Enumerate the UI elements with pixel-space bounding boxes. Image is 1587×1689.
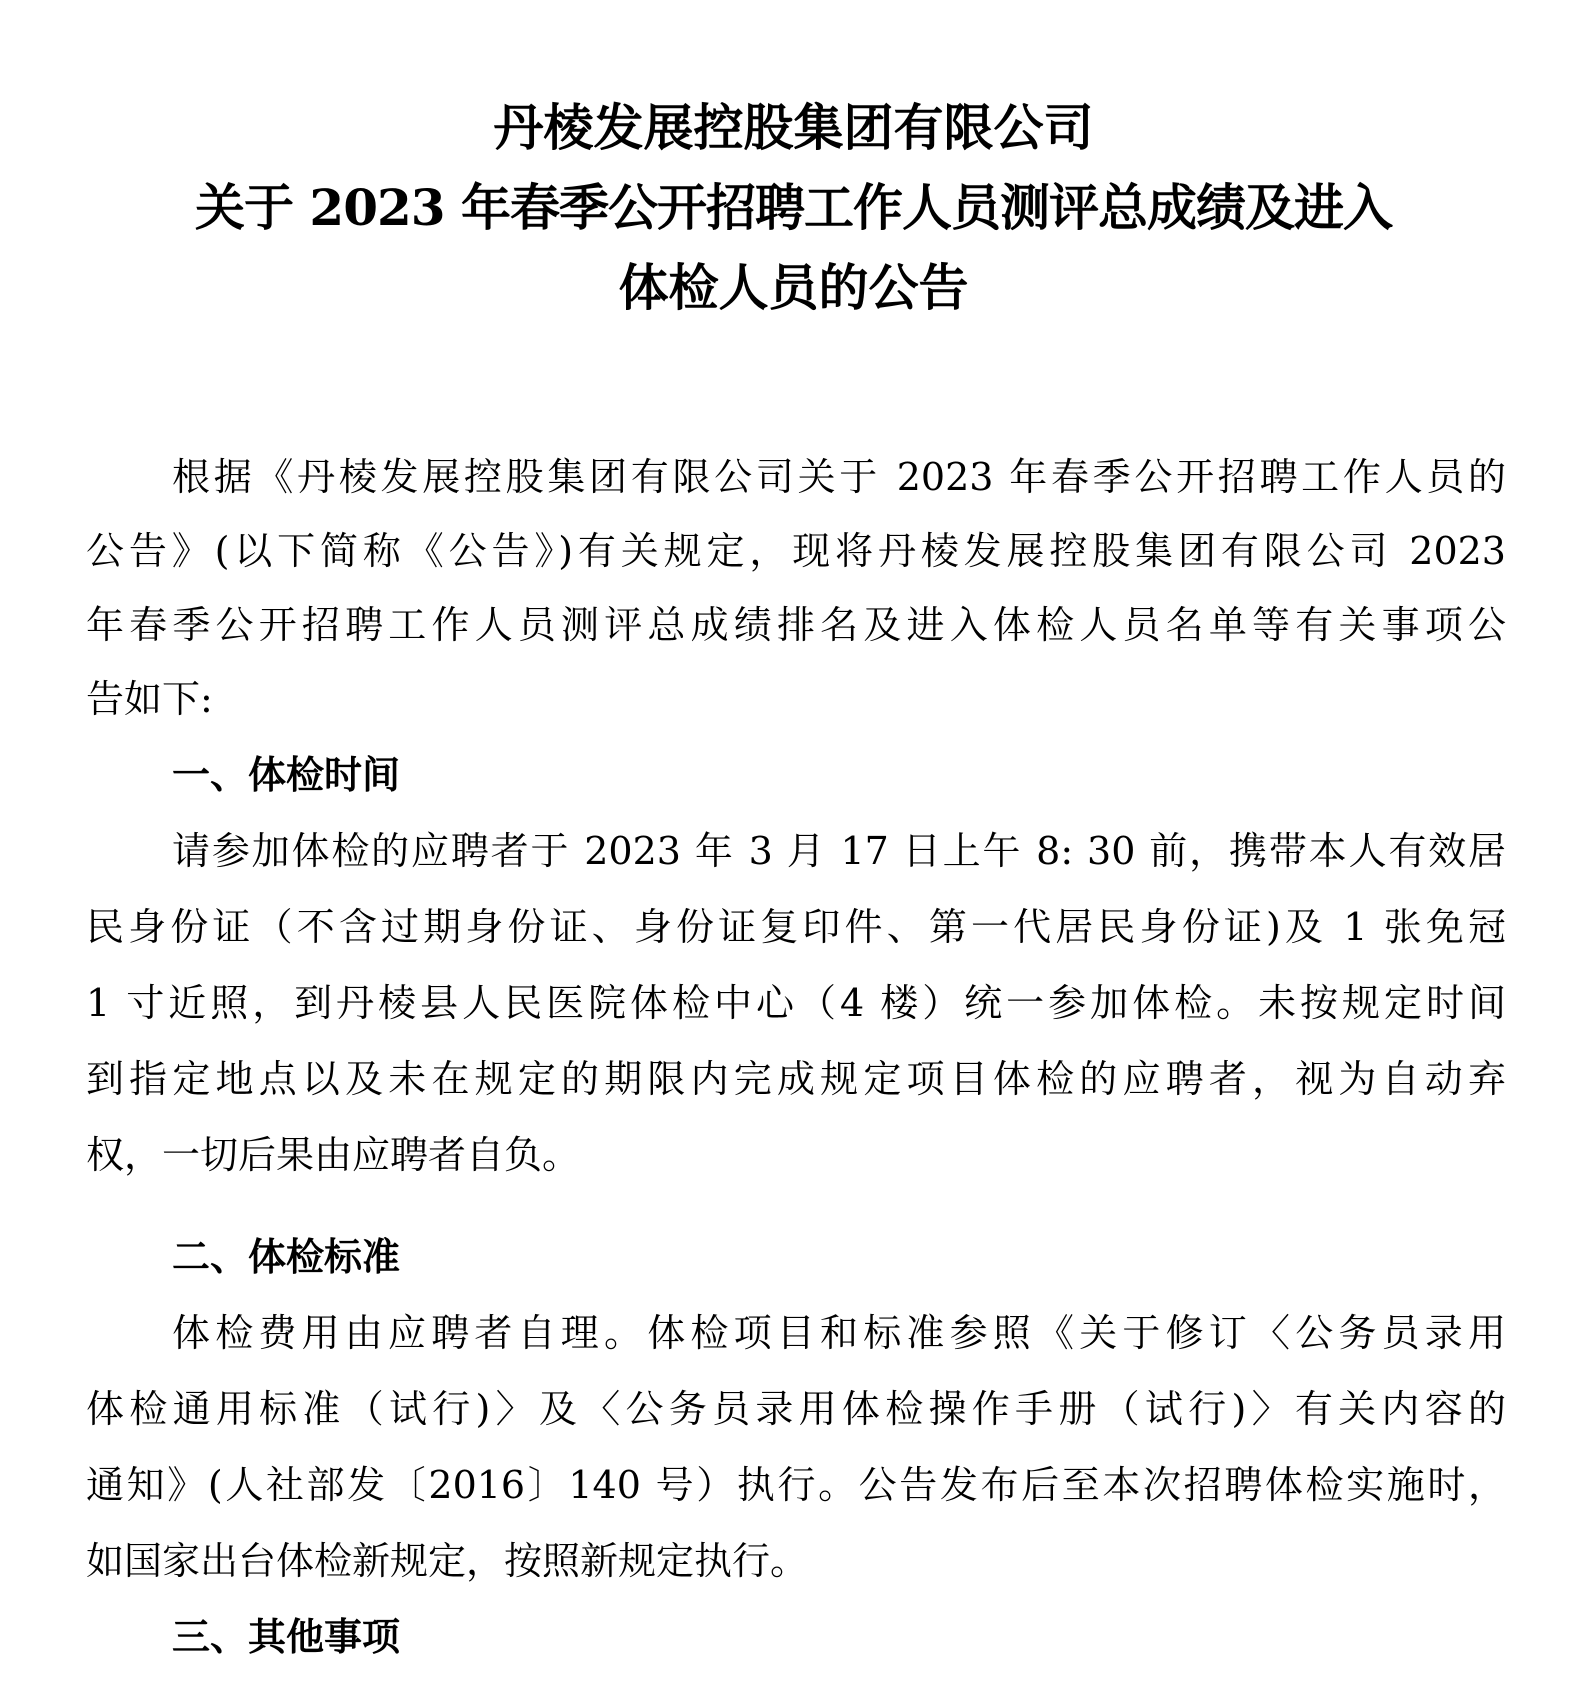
section-1-line: 1 寸近照，到丹棱县人民医院体检中心（4 楼）统一参加体检。未按规定时间 bbox=[86, 978, 1506, 1028]
section-1-line: 民身份证（不含过期身份证、身份证复印件、第一代居民身份证)及 1 张免冠 bbox=[86, 902, 1506, 952]
section-2-line: 体检费用由应聘者自理。体检项目和标准参照《关于修订〈公务员录用 bbox=[172, 1308, 1506, 1358]
title-line-subject: 关于 2023 年春季公开招聘工作人员测评总成绩及进入 bbox=[0, 168, 1587, 248]
section-heading-other-matters: 三、其他事项 bbox=[172, 1612, 400, 1662]
intro-line: 公告》(以下简称《公告》)有关规定，现将丹棱发展控股集团有限公司 2023 bbox=[86, 526, 1506, 576]
intro-line: 告如下: bbox=[86, 674, 1506, 724]
title-line-notice: 体检人员的公告 bbox=[0, 248, 1587, 328]
intro-line: 年春季公开招聘工作人员测评总成绩排名及进入体检人员名单等有关事项公 bbox=[86, 600, 1506, 650]
section-heading-exam-standard: 二、体检标准 bbox=[172, 1232, 400, 1282]
section-1-line: 到指定地点以及未在规定的期限内完成规定项目体检的应聘者，视为自动弃 bbox=[86, 1054, 1506, 1104]
section-1-line: 权，一切后果由应聘者自负。 bbox=[86, 1130, 1506, 1180]
document-title: 丹棱发展控股集团有限公司 关于 2023 年春季公开招聘工作人员测评总成绩及进入… bbox=[0, 88, 1587, 328]
section-2-line: 如国家出台体检新规定，按照新规定执行。 bbox=[86, 1536, 1506, 1586]
section-2-line: 通知》(人社部发〔2016〕140 号）执行。公告发布后至本次招聘体检实施时， bbox=[86, 1460, 1506, 1510]
section-1-line: 请参加体检的应聘者于 2023 年 3 月 17 日上午 8: 30 前，携带本… bbox=[172, 826, 1506, 876]
document-page: 丹棱发展控股集团有限公司 关于 2023 年春季公开招聘工作人员测评总成绩及进入… bbox=[0, 0, 1587, 1689]
intro-line: 根据《丹棱发展控股集团有限公司关于 2023 年春季公开招聘工作人员的 bbox=[172, 452, 1506, 502]
title-line-company: 丹棱发展控股集团有限公司 bbox=[0, 88, 1587, 168]
section-2-line: 体检通用标准（试行)〉及〈公务员录用体检操作手册（试行)〉有关内容的 bbox=[86, 1384, 1506, 1434]
section-heading-exam-time: 一、体检时间 bbox=[172, 750, 400, 800]
